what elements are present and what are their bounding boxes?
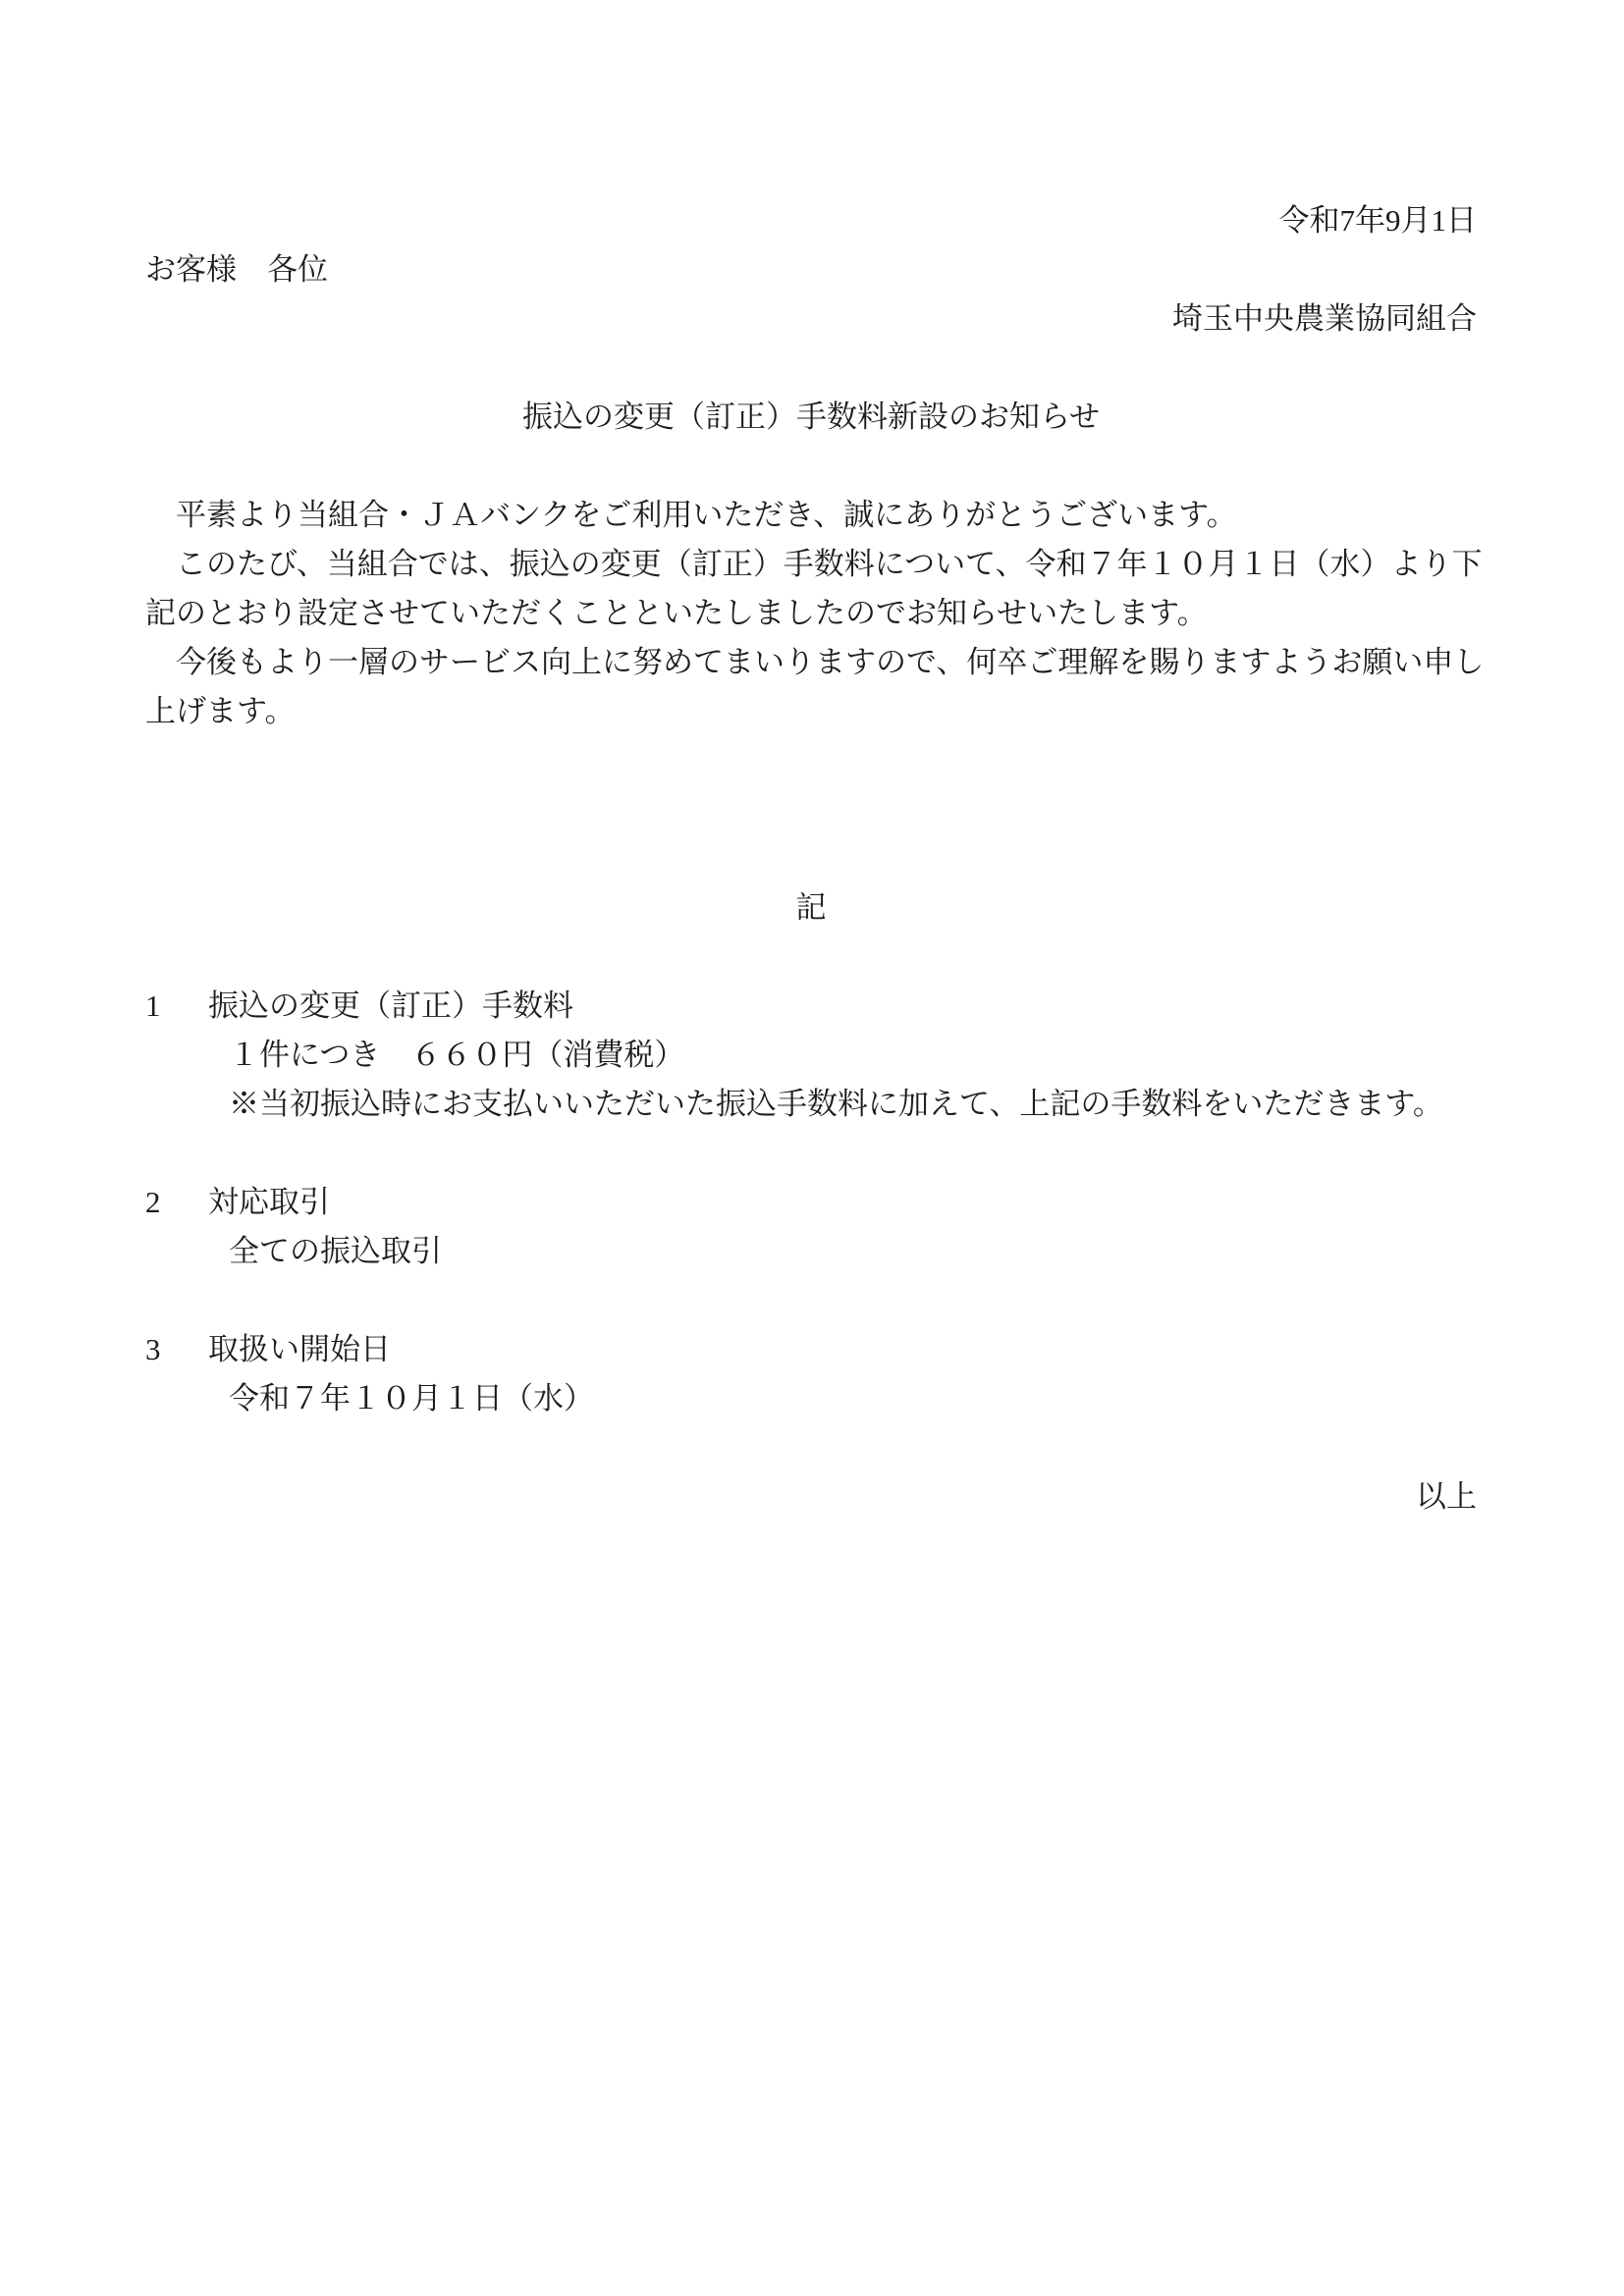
paragraph-closing-line1: 今後もより一層のサービス向上に努めてまいりますので、何卒ご理解を賜りますようお願… [145, 638, 1477, 687]
blank-block [145, 736, 1477, 883]
record-marker: 記 [145, 883, 1477, 933]
recipient: お客様 各位 [145, 245, 1477, 294]
blank-line [145, 1276, 1477, 1325]
document-page: 令和7年9月1日 お客様 各位 埼玉中央農業協同組合 振込の変更（訂正）手数料新… [0, 0, 1624, 2296]
item-3-title: 取扱い開始日 [208, 1332, 391, 1366]
sender-organization: 埼玉中央農業協同組合 [145, 294, 1477, 344]
paragraph-notice-line2: 記のとおり設定させていただくことといたしましたのでお知らせいたします。 [145, 589, 1477, 638]
item-3-heading: 3取扱い開始日 [145, 1325, 1477, 1374]
item-1-heading: 1振込の変更（訂正）手数料 [145, 982, 1477, 1031]
document-date: 令和7年9月1日 [145, 196, 1477, 245]
item-1-number: 1 [145, 982, 208, 1031]
paragraph-greeting: 平素より当組合・ＪＡバンクをご利用いただき、誠にありがとうございます。 [145, 491, 1477, 540]
blank-line [145, 933, 1477, 982]
item-2-heading: 2対応取引 [145, 1178, 1477, 1227]
item-1-title: 振込の変更（訂正）手数料 [208, 988, 573, 1023]
document-title: 振込の変更（訂正）手数料新設のお知らせ [145, 393, 1477, 442]
item-3-number: 3 [145, 1325, 208, 1374]
item-1-note-line: ※当初振込時にお支払いいただいた振込手数料に加えて、上記の手数料をいただきます。 [145, 1080, 1477, 1129]
blank-line [145, 1129, 1477, 1178]
blank-line [145, 1423, 1477, 1472]
item-2-number: 2 [145, 1178, 208, 1227]
closing-phrase: 以上 [145, 1472, 1477, 1522]
item-1-fee-line: １件につき ６６０円（消費税） [145, 1031, 1477, 1080]
paragraph-closing-line2: 上げます。 [145, 687, 1477, 736]
item-2-title: 対応取引 [208, 1185, 330, 1219]
blank-line [145, 442, 1477, 491]
item-3-detail-line: 令和７年１０月１日（水） [145, 1374, 1477, 1423]
item-2-detail-line: 全ての振込取引 [145, 1227, 1477, 1276]
blank-line [145, 344, 1477, 393]
paragraph-notice-line1: このたび、当組合では、振込の変更（訂正）手数料について、令和７年１０月１日（水）… [145, 540, 1477, 589]
